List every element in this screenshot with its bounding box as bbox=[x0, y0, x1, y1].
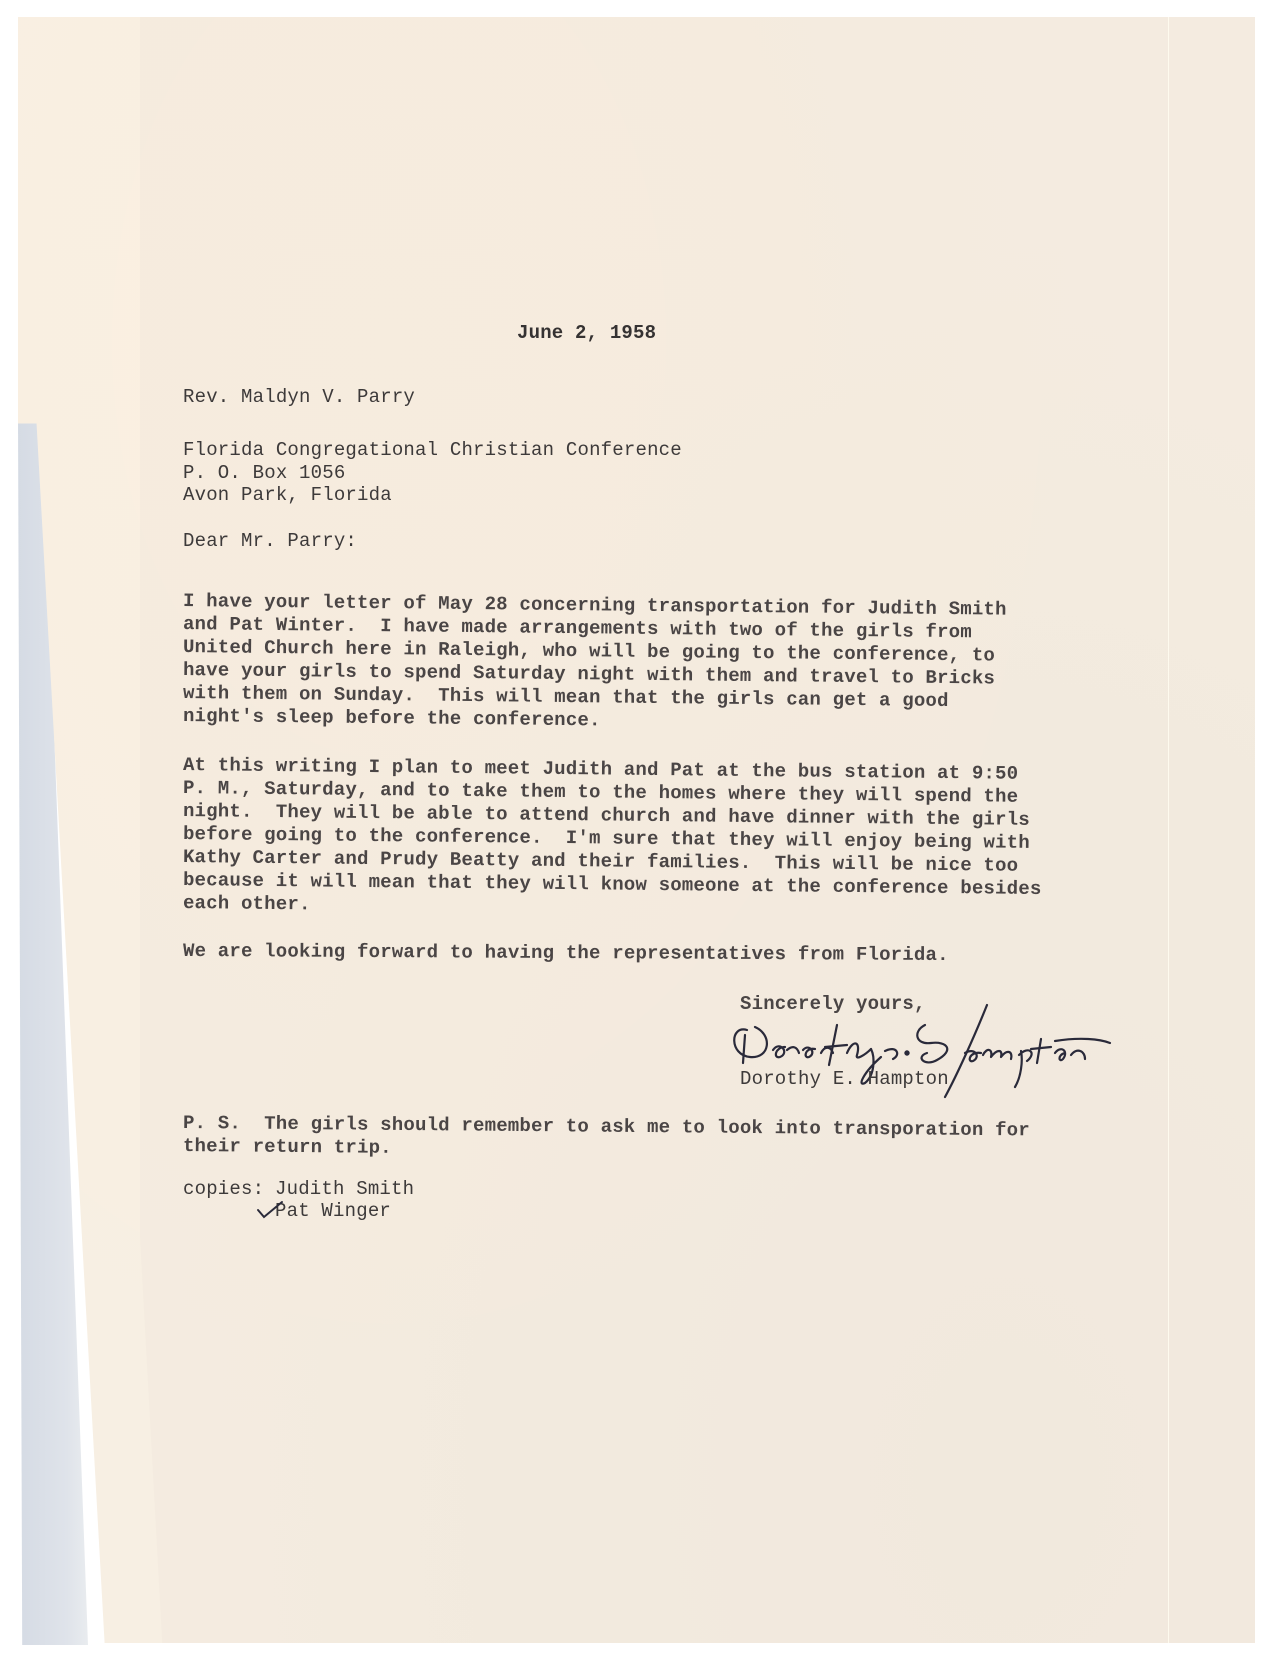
signer-typed-name: Dorothy E. Hampton bbox=[740, 1068, 949, 1090]
copy-recipient: Pat Winger bbox=[275, 1200, 391, 1222]
paragraph-line: We are looking forward to having the rep… bbox=[183, 940, 949, 966]
checkmark-icon bbox=[255, 1198, 285, 1220]
recipient-name: Rev. Maldyn V. Parry bbox=[183, 386, 415, 408]
letter-date: June 2, 1958 bbox=[517, 322, 656, 344]
paragraph-line: each other. bbox=[183, 892, 311, 915]
recipient-organization: Florida Congregational Christian Confere… bbox=[183, 439, 682, 461]
salutation: Dear Mr. Parry: bbox=[183, 530, 357, 552]
recipient-city: Avon Park, Florida bbox=[183, 484, 392, 506]
copy-recipient: Judith Smith bbox=[275, 1178, 414, 1200]
recipient-po-box: P. O. Box 1056 bbox=[183, 462, 345, 484]
paragraph-line: night's sleep before the conference. bbox=[183, 705, 601, 731]
copies-label: copies: bbox=[183, 1178, 264, 1200]
postscript-line: their return trip. bbox=[183, 1135, 392, 1159]
letter: June 2, 1958 Rev. Maldyn V. Parry Florid… bbox=[0, 0, 1274, 1659]
